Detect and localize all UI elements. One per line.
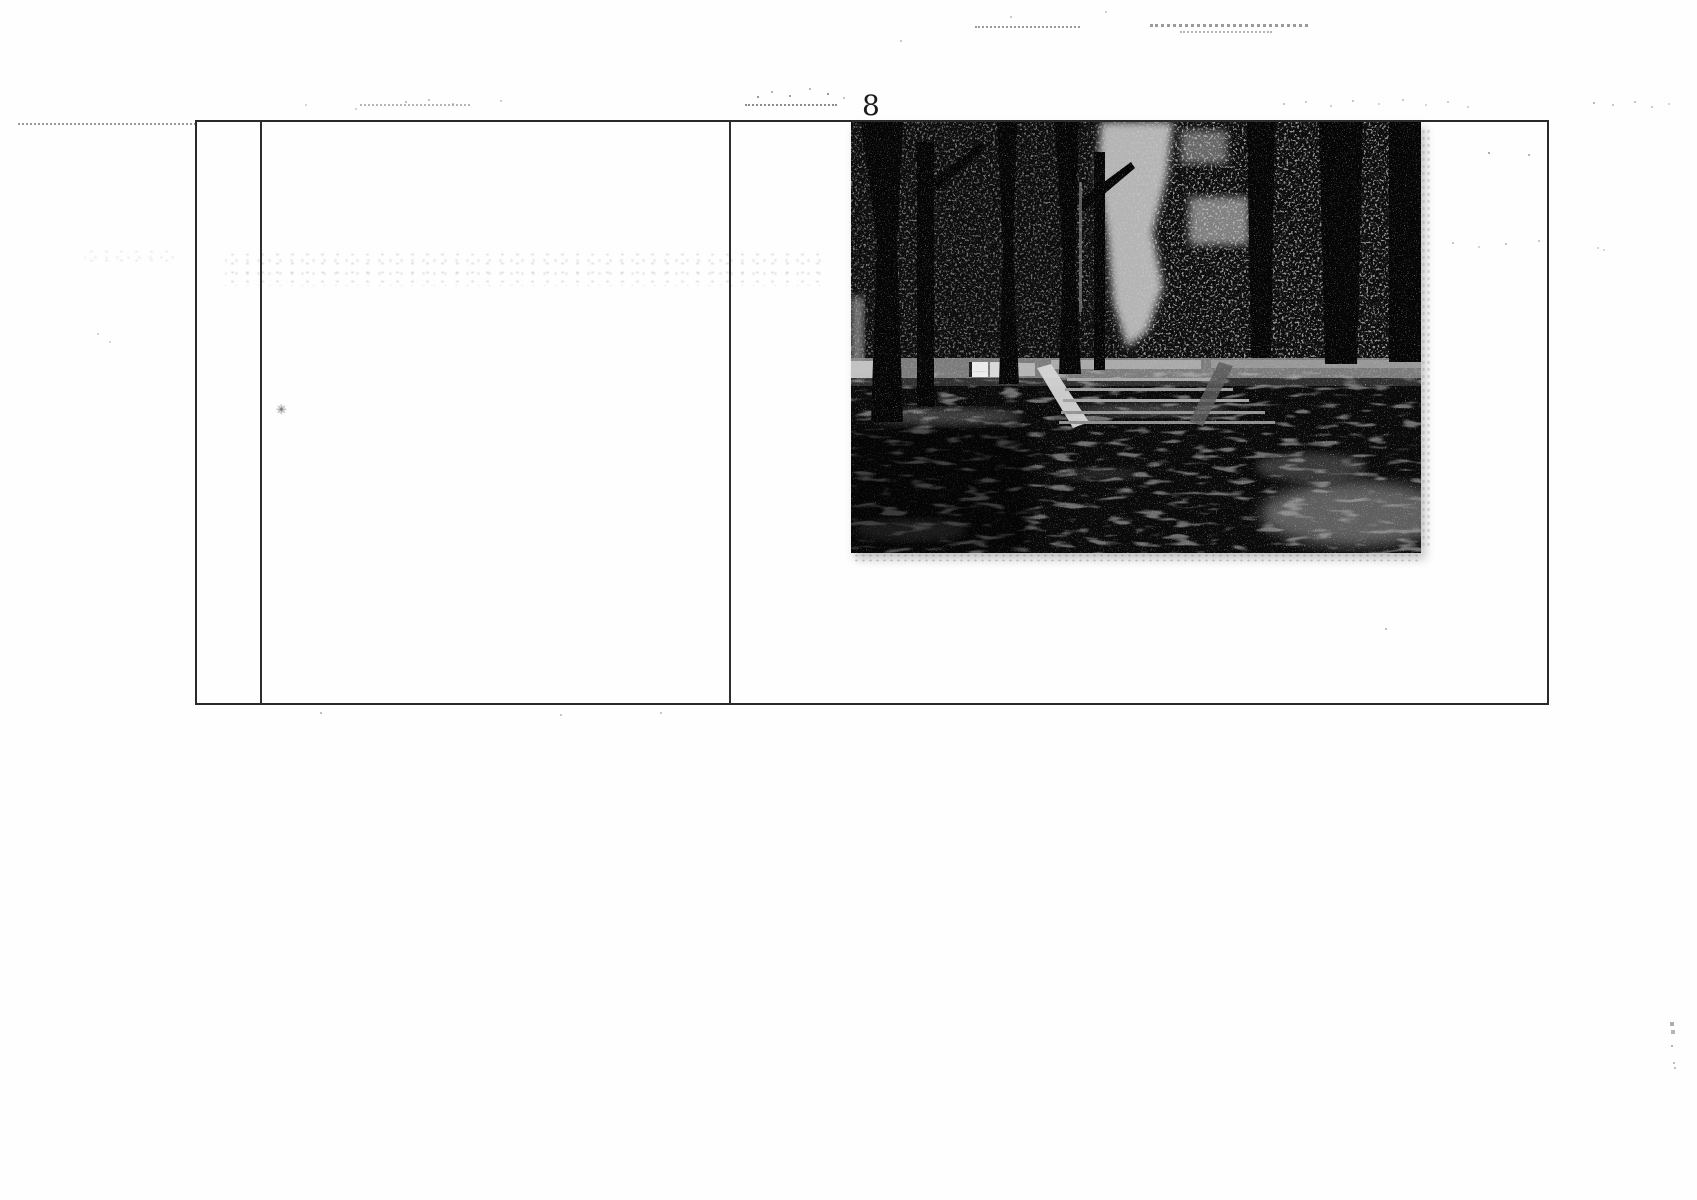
scan-noise-streak-top-1 — [975, 26, 1080, 28]
scan-noise-streak-top-2 — [1150, 24, 1308, 27]
table-cell-1 — [197, 122, 260, 703]
photo-scan-fringe-right — [1421, 128, 1431, 548]
table-cell-2 — [262, 122, 729, 703]
scan-noise-specks — [0, 0, 2, 2]
scan-noise-streak-top-3 — [1180, 31, 1272, 33]
scan-noise-streak-above-photo — [745, 104, 837, 106]
scan-smudge-left-margin — [84, 247, 174, 269]
scan-noise-streak-mid — [360, 104, 470, 106]
photo-scan-fringe-bottom — [853, 553, 1421, 563]
page-number: 8 — [862, 92, 880, 120]
park-photo — [851, 122, 1421, 553]
scanned-sheet: ✳ 8 — [0, 0, 1697, 1200]
scan-noise-streak-left — [18, 123, 196, 125]
